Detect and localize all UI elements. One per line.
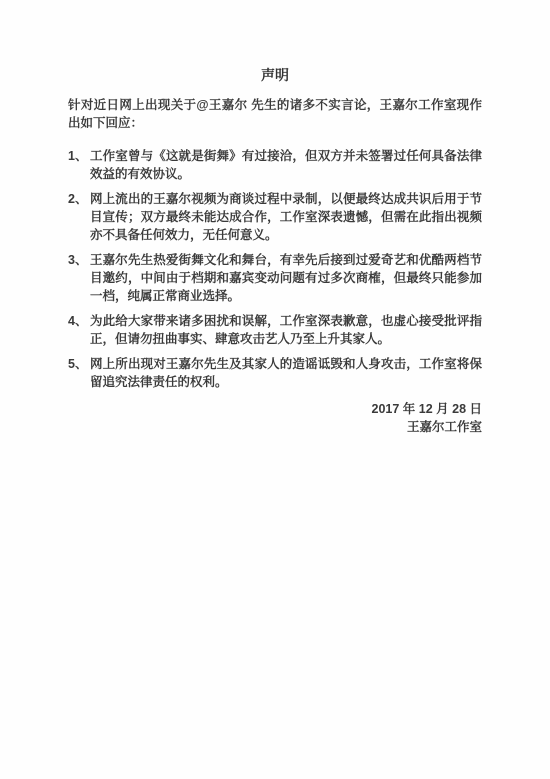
list-item-number: 4、: [68, 312, 90, 348]
statement-document: 声明 针对近日网上出现关于@王嘉尔 先生的诸多不实言论，王嘉尔工作室现作出如下回…: [0, 0, 550, 779]
list-item-number: 2、: [68, 190, 90, 244]
statement-date: 2017 年 12 月 28 日: [68, 400, 482, 418]
list-item: 4、 为此给大家带来诸多困扰和误解，工作室深表歉意，也虚心接受批评指正，但请勿扭…: [68, 312, 482, 348]
signature-block: 2017 年 12 月 28 日 王嘉尔工作室: [68, 400, 482, 436]
list-item: 1、 工作室曾与《这就是街舞》有过接洽，但双方并未签署过任何具备法律效益的有效协…: [68, 147, 482, 183]
list-item: 2、 网上流出的王嘉尔视频为商谈过程中录制，以便最终达成共识后用于节目宣传；双方…: [68, 190, 482, 244]
list-item-text: 王嘉尔先生热爱街舞文化和舞台，有幸先后接到过爱奇艺和优酷两档节目邀约，中间由于档…: [90, 251, 482, 305]
list-item-number: 1、: [68, 147, 90, 183]
list-item-text: 工作室曾与《这就是街舞》有过接洽，但双方并未签署过任何具备法律效益的有效协议。: [90, 147, 482, 183]
list-item-number: 5、: [68, 355, 90, 391]
list-item-text: 网上所出现对王嘉尔先生及其家人的造谣诋毁和人身攻击，工作室将保留追究法律责任的权…: [90, 355, 482, 391]
list-item: 3、 王嘉尔先生热爱街舞文化和舞台，有幸先后接到过爱奇艺和优酷两档节目邀约，中间…: [68, 251, 482, 305]
list-item-text: 为此给大家带来诸多困扰和误解，工作室深表歉意，也虚心接受批评指正，但请勿扭曲事实…: [90, 312, 482, 348]
list-item-number: 3、: [68, 251, 90, 305]
statement-signature: 王嘉尔工作室: [68, 418, 482, 436]
intro-paragraph: 针对近日网上出现关于@王嘉尔 先生的诸多不实言论，王嘉尔工作室现作出如下回应：: [68, 96, 482, 132]
list-item: 5、 网上所出现对王嘉尔先生及其家人的造谣诋毁和人身攻击，工作室将保留追究法律责…: [68, 355, 482, 391]
document-title: 声明: [68, 66, 482, 84]
list-item-text: 网上流出的王嘉尔视频为商谈过程中录制，以便最终达成共识后用于节目宣传；双方最终未…: [90, 190, 482, 244]
